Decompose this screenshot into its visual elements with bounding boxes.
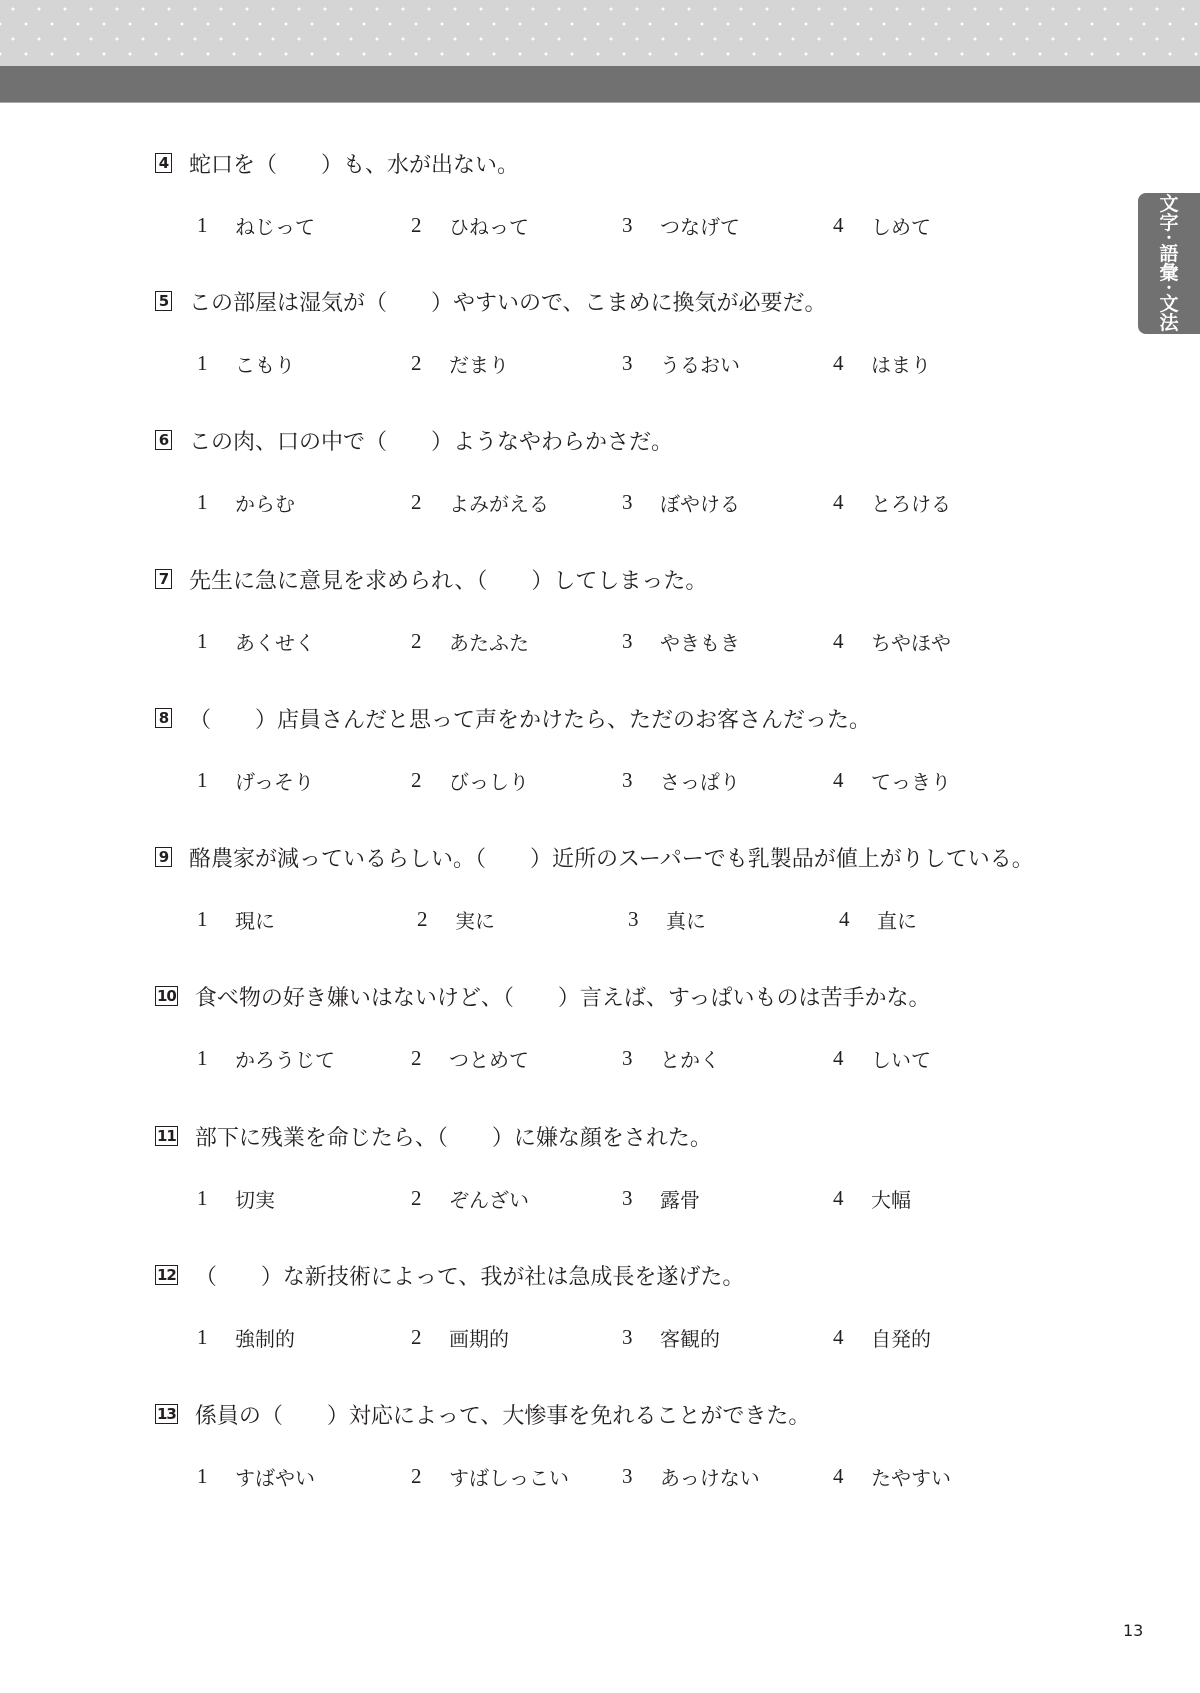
question-8: 8（ ）店員さんだと思って声をかけたら、ただのお客さんだった。 1げっそり 2び… <box>155 703 1095 796</box>
option-3[interactable]: 3さっぱり <box>578 766 740 795</box>
question-9: 9酪農家が減っているらしい。（ ）近所のスーパーでも乳製品が値上がりしている。 … <box>155 842 1095 935</box>
question-text: 先生に急に意見を求められ、（ ）してしまった。 <box>189 564 707 595</box>
option-4[interactable]: 4たやすい <box>789 1462 951 1491</box>
question-10: 10食べ物の好き嫌いはないけど、（ ）言えば、すっぱいものは苦手かな。 1かろう… <box>155 981 1095 1074</box>
option-3[interactable]: 3うるおい <box>578 349 740 378</box>
section-tab-char: 字 <box>1159 214 1178 233</box>
question-11: 11部下に残業を命じたら、（ ）に嫌な顔をされた。 1切実 2ぞんざい 3露骨 … <box>155 1121 1095 1214</box>
question-text: この部屋は湿気が（ ）やすいので、こまめに換気が必要だ。 <box>189 286 827 317</box>
option-3[interactable]: 3やきもき <box>578 627 740 656</box>
answer-options: 1強制的 2画期的 3客観的 4自発的 <box>155 1323 1095 1353</box>
option-1[interactable]: 1げっそり <box>155 766 314 795</box>
option-2[interactable]: 2つとめて <box>367 1044 529 1073</box>
option-3[interactable]: 3客観的 <box>578 1323 720 1352</box>
answer-options: 1ねじって 2ひねって 3つなげて 4しめて <box>155 211 1095 241</box>
question-number-box: 8 <box>155 708 172 728</box>
option-2[interactable]: 2ひねって <box>367 211 529 240</box>
option-2[interactable]: 2だまり <box>367 349 509 378</box>
header-band <box>0 66 1200 103</box>
section-tab-char: 彙 <box>1159 264 1178 283</box>
option-4[interactable]: 4大幅 <box>789 1184 911 1213</box>
question-12: 12（ ）な新技術によって、我が社は急成長を遂げた。 1強制的 2画期的 3客観… <box>155 1260 1095 1353</box>
option-4[interactable]: 4はまり <box>789 349 931 378</box>
answer-options: 1こもり 2だまり 3うるおい 4はまり <box>155 349 1095 379</box>
option-1[interactable]: 1こもり <box>155 349 295 378</box>
answer-options: 1からむ 2よみがえる 3ぼやける 4とろける <box>155 488 1095 518</box>
option-2[interactable]: 2びっしり <box>367 766 529 795</box>
question-7: 7先生に急に意見を求められ、（ ）してしまった。 1あくせく 2あたふた 3やき… <box>155 564 1095 657</box>
question-text: この肉、口の中で（ ）ようなやわらかさだ。 <box>189 425 673 456</box>
question-4: 4蛇口を（ ）も、水が出ない。 1ねじって 2ひねって 3つなげて 4しめて <box>155 148 1095 241</box>
option-1[interactable]: 1すばやい <box>155 1462 315 1491</box>
option-3[interactable]: 3とかく <box>578 1044 720 1073</box>
question-6: 6この肉、口の中で（ ）ようなやわらかさだ。 1からむ 2よみがえる 3ぼやける… <box>155 425 1095 518</box>
question-text: 酪農家が減っているらしい。（ ）近所のスーパーでも乳製品が値上がりしている。 <box>189 842 1034 873</box>
answer-options: 1あくせく 2あたふた 3やきもき 4ちやほや <box>155 627 1095 657</box>
option-4[interactable]: 4ちやほや <box>789 627 951 656</box>
question-5: 5この部屋は湿気が（ ）やすいので、こまめに換気が必要だ。 1こもり 2だまり … <box>155 286 1095 379</box>
answer-options: 1切実 2ぞんざい 3露骨 4大幅 <box>155 1184 1095 1214</box>
option-4[interactable]: 4とろける <box>789 488 951 517</box>
section-tab-char: 文 <box>1159 295 1178 314</box>
question-13: 13係員の（ ）対応によって、大惨事を免れることができた。 1すばやい 2すばし… <box>155 1399 1095 1492</box>
option-2[interactable]: 2ぞんざい <box>367 1184 529 1213</box>
option-1[interactable]: 1からむ <box>155 488 295 517</box>
option-3[interactable]: 3露骨 <box>578 1184 700 1213</box>
question-text: （ ）な新技術によって、我が社は急成長を遂げた。 <box>195 1260 745 1291</box>
option-2[interactable]: 2実に <box>373 905 495 934</box>
question-number-box: 6 <box>155 430 172 450</box>
option-4[interactable]: 4てっきり <box>789 766 951 795</box>
option-1[interactable]: 1強制的 <box>155 1323 295 1352</box>
section-tab-char: 語 <box>1159 245 1178 264</box>
option-2[interactable]: 2よみがえる <box>367 488 549 517</box>
page-number: 13 <box>1123 1621 1143 1640</box>
answer-options: 1現に 2実に 3真に 4直に <box>155 905 1095 935</box>
section-tab-char: 法 <box>1159 314 1178 333</box>
option-4[interactable]: 4直に <box>795 905 917 934</box>
section-tab-vocabulary-grammar: 文 字 ・ 語 彙 ・ 文 法 <box>1138 193 1200 334</box>
question-number-box: 7 <box>155 569 172 589</box>
option-4[interactable]: 4しめて <box>789 211 931 240</box>
option-4[interactable]: 4自発的 <box>789 1323 931 1352</box>
question-text: 部下に残業を命じたら、（ ）に嫌な顔をされた。 <box>195 1121 712 1152</box>
option-3[interactable]: 3つなげて <box>578 211 740 240</box>
question-number-box: 10 <box>155 986 178 1006</box>
question-text: （ ）店員さんだと思って声をかけたら、ただのお客さんだった。 <box>189 703 871 734</box>
option-3[interactable]: 3あっけない <box>578 1462 760 1491</box>
question-number-box: 4 <box>155 153 172 173</box>
question-number-box: 12 <box>155 1265 178 1285</box>
option-1[interactable]: 1かろうじて <box>155 1044 335 1073</box>
question-number-box: 9 <box>155 847 172 867</box>
answer-options: 1かろうじて 2つとめて 3とかく 4しいて <box>155 1044 1095 1074</box>
section-tab-char: 文 <box>1159 195 1178 214</box>
question-text: 係員の（ ）対応によって、大惨事を免れることができた。 <box>195 1399 811 1430</box>
option-2[interactable]: 2すばしっこい <box>367 1462 569 1491</box>
question-text: 食べ物の好き嫌いはないけど、（ ）言えば、すっぱいものは苦手かな。 <box>195 981 931 1012</box>
header-dot-pattern <box>0 0 1200 66</box>
answer-options: 1すばやい 2すばしっこい 3あっけない 4たやすい <box>155 1462 1095 1492</box>
option-3[interactable]: 3真に <box>584 905 706 934</box>
option-2[interactable]: 2画期的 <box>367 1323 509 1352</box>
option-1[interactable]: 1切実 <box>155 1184 275 1213</box>
option-1[interactable]: 1現に <box>155 905 275 934</box>
option-4[interactable]: 4しいて <box>789 1044 931 1073</box>
question-number-box: 13 <box>155 1404 178 1424</box>
option-1[interactable]: 1ねじって <box>155 211 315 240</box>
question-number-box: 5 <box>155 291 172 311</box>
option-1[interactable]: 1あくせく <box>155 627 315 656</box>
question-number-box: 11 <box>155 1126 178 1146</box>
option-3[interactable]: 3ぼやける <box>578 488 740 517</box>
question-text: 蛇口を（ ）も、水が出ない。 <box>189 148 519 179</box>
option-2[interactable]: 2あたふた <box>367 627 529 656</box>
answer-options: 1げっそり 2びっしり 3さっぱり 4てっきり <box>155 766 1095 796</box>
